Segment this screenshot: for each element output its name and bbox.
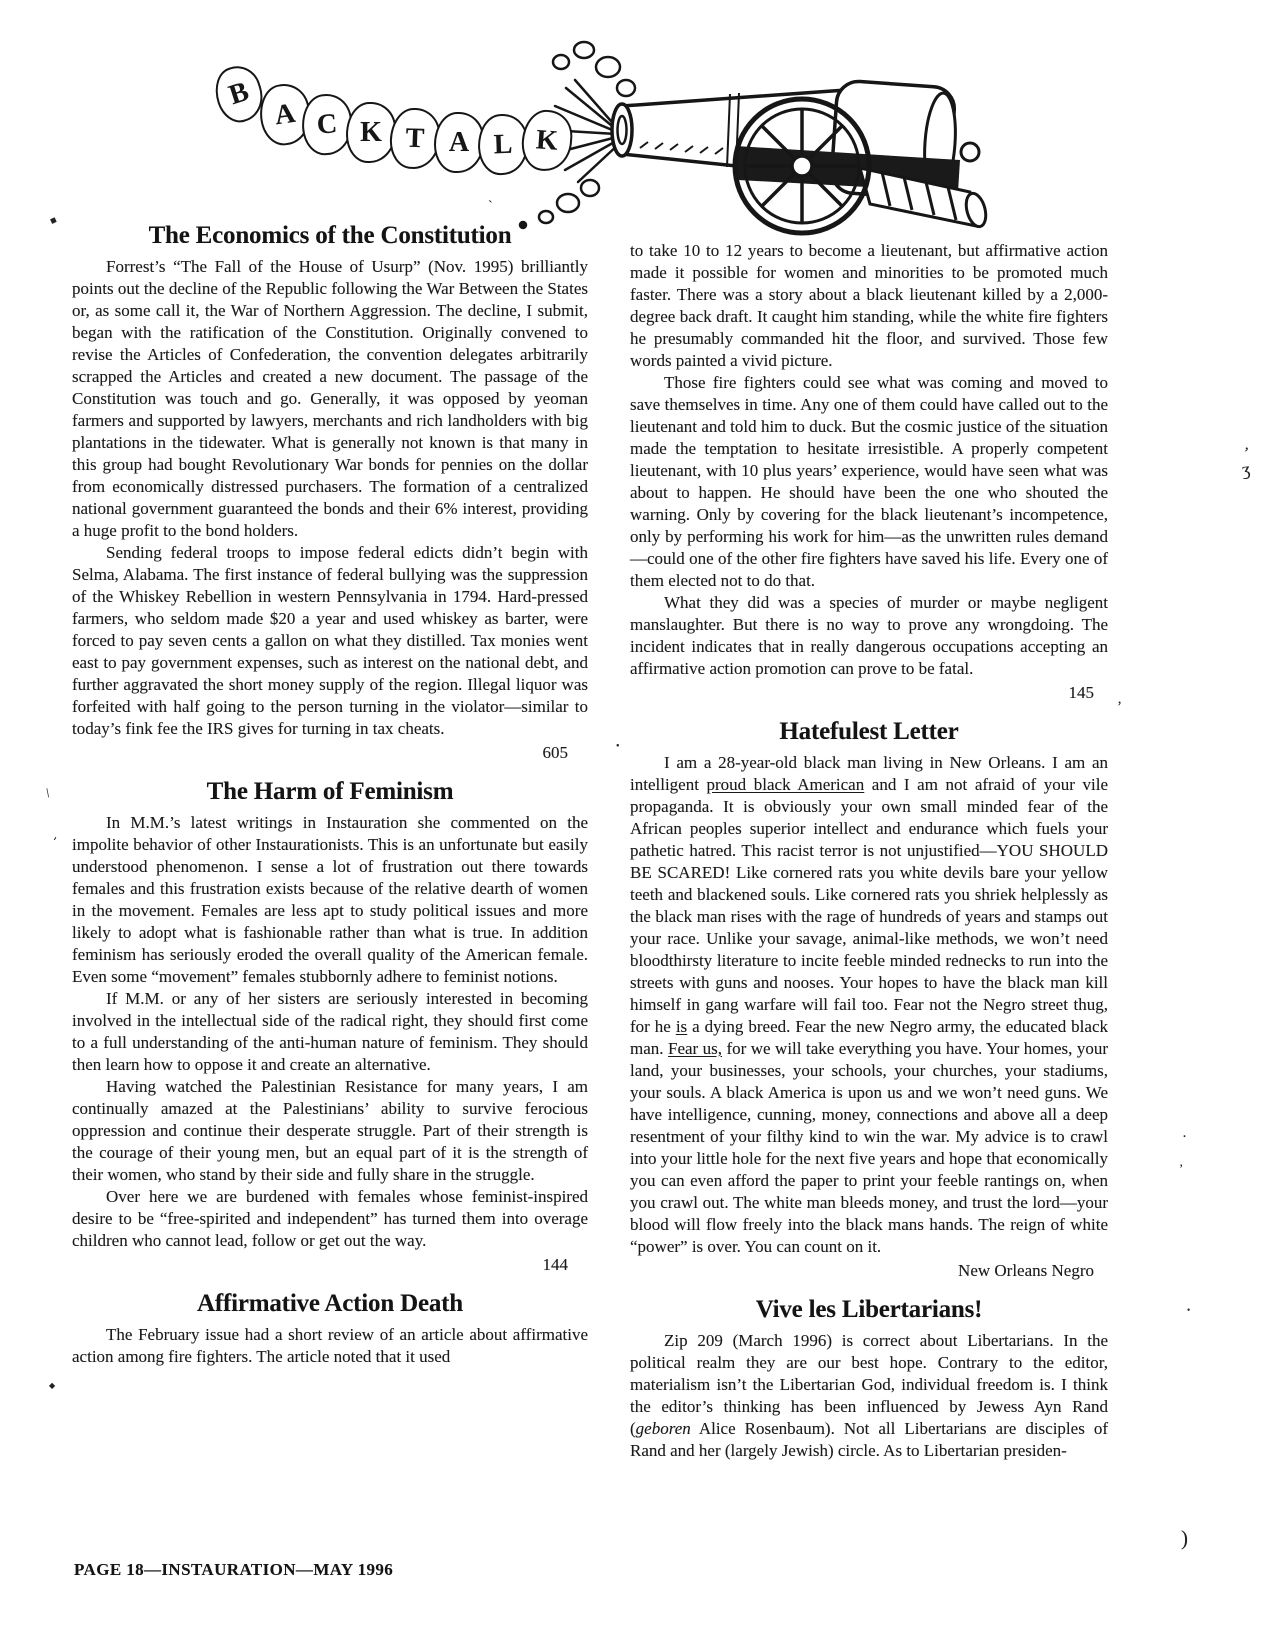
- scan-artifact: ◆: [49, 215, 59, 226]
- masthead-letter-glyph: K: [360, 117, 382, 149]
- letter-signature: 145: [630, 682, 1108, 704]
- backtalk-masthead: B A C K T A L K: [170, 40, 1030, 250]
- letter-signature: New Orleans Negro: [630, 1260, 1108, 1282]
- scan-artifact: •: [1187, 1306, 1190, 1315]
- scan-artifact: •: [616, 742, 620, 752]
- article-paragraph: What they did was a species of murder or…: [630, 592, 1108, 680]
- scan-artifact: -: [48, 833, 60, 842]
- article-paragraph: Over here we are burdened with females w…: [72, 1186, 588, 1252]
- scan-artifact: ʒ: [1241, 460, 1251, 479]
- masthead-letter-glyph: C: [316, 108, 338, 141]
- article-paragraph: If M.M. or any of her sisters are seriou…: [72, 988, 588, 1076]
- article-title: The Harm of Feminism: [72, 778, 588, 806]
- article-affirmative-action-continued: to take 10 to 12 years to become a lieut…: [630, 240, 1108, 704]
- masthead-letter-glyph: B: [225, 76, 253, 112]
- left-column: The Economics of the Constitution Forres…: [72, 222, 588, 1368]
- article-paragraph: Forrest’s “The Fall of the House of Usur…: [72, 256, 588, 542]
- scan-artifact: ·: [1182, 1130, 1187, 1145]
- article-vive-les-libertarians: Vive les Libertarians! Zip 209 (March 19…: [630, 1296, 1108, 1462]
- scan-artifact: ): [1181, 1528, 1188, 1549]
- article-title: Vive les Libertarians!: [630, 1296, 1108, 1324]
- right-column: to take 10 to 12 years to become a lieut…: [630, 240, 1108, 1462]
- article-economics-of-constitution: The Economics of the Constitution Forres…: [72, 222, 588, 764]
- article-harm-of-feminism: The Harm of Feminism In M.M.’s latest wr…: [72, 778, 588, 1276]
- article-affirmative-action-death: Affirmative Action Death The February is…: [72, 1290, 588, 1368]
- article-hatefulest-letter: Hatefulest Letter I am a 28-year-old bla…: [630, 718, 1108, 1282]
- scan-artifact: ‚: [1179, 1155, 1183, 1168]
- masthead-letter-glyph: T: [405, 122, 425, 155]
- magazine-page: B A C K T A L K The Economics of the Con…: [0, 0, 1275, 1650]
- article-title: Affirmative Action Death: [72, 1290, 588, 1318]
- scan-artifact: ◆: [49, 1382, 55, 1390]
- letter-signature: 144: [72, 1254, 588, 1276]
- article-paragraph: In M.M.’s latest writings in Instauratio…: [72, 812, 588, 988]
- cannon-illustration: [170, 40, 1030, 250]
- scan-artifact: `: [488, 200, 493, 214]
- article-paragraph: The February issue had a short review of…: [72, 1324, 588, 1368]
- letter-signature: 605: [72, 742, 588, 764]
- article-title: The Economics of the Constitution: [72, 222, 588, 250]
- masthead-letter-glyph: A: [449, 127, 469, 159]
- article-paragraph: Zip 209 (March 1996) is correct about Li…: [630, 1330, 1108, 1462]
- article-paragraph: I am a 28-year-old black man living in N…: [630, 752, 1108, 1258]
- article-title: Hatefulest Letter: [630, 718, 1108, 746]
- article-paragraph: to take 10 to 12 years to become a lieut…: [630, 240, 1108, 372]
- masthead-letter-glyph: A: [273, 97, 297, 132]
- masthead-letter-glyph: L: [493, 128, 513, 161]
- article-paragraph: Those fire fighters could see what was c…: [630, 372, 1108, 592]
- article-paragraph: Sending federal troops to impose federal…: [72, 542, 588, 740]
- page-footer: PAGE 18—INSTAURATION—MAY 1996: [74, 1560, 393, 1580]
- article-paragraph: Having watched the Palestinian Resistanc…: [72, 1076, 588, 1186]
- scan-artifact: \: [45, 786, 50, 799]
- scan-artifact: ’: [1117, 700, 1122, 715]
- masthead-letter-glyph: K: [535, 124, 559, 157]
